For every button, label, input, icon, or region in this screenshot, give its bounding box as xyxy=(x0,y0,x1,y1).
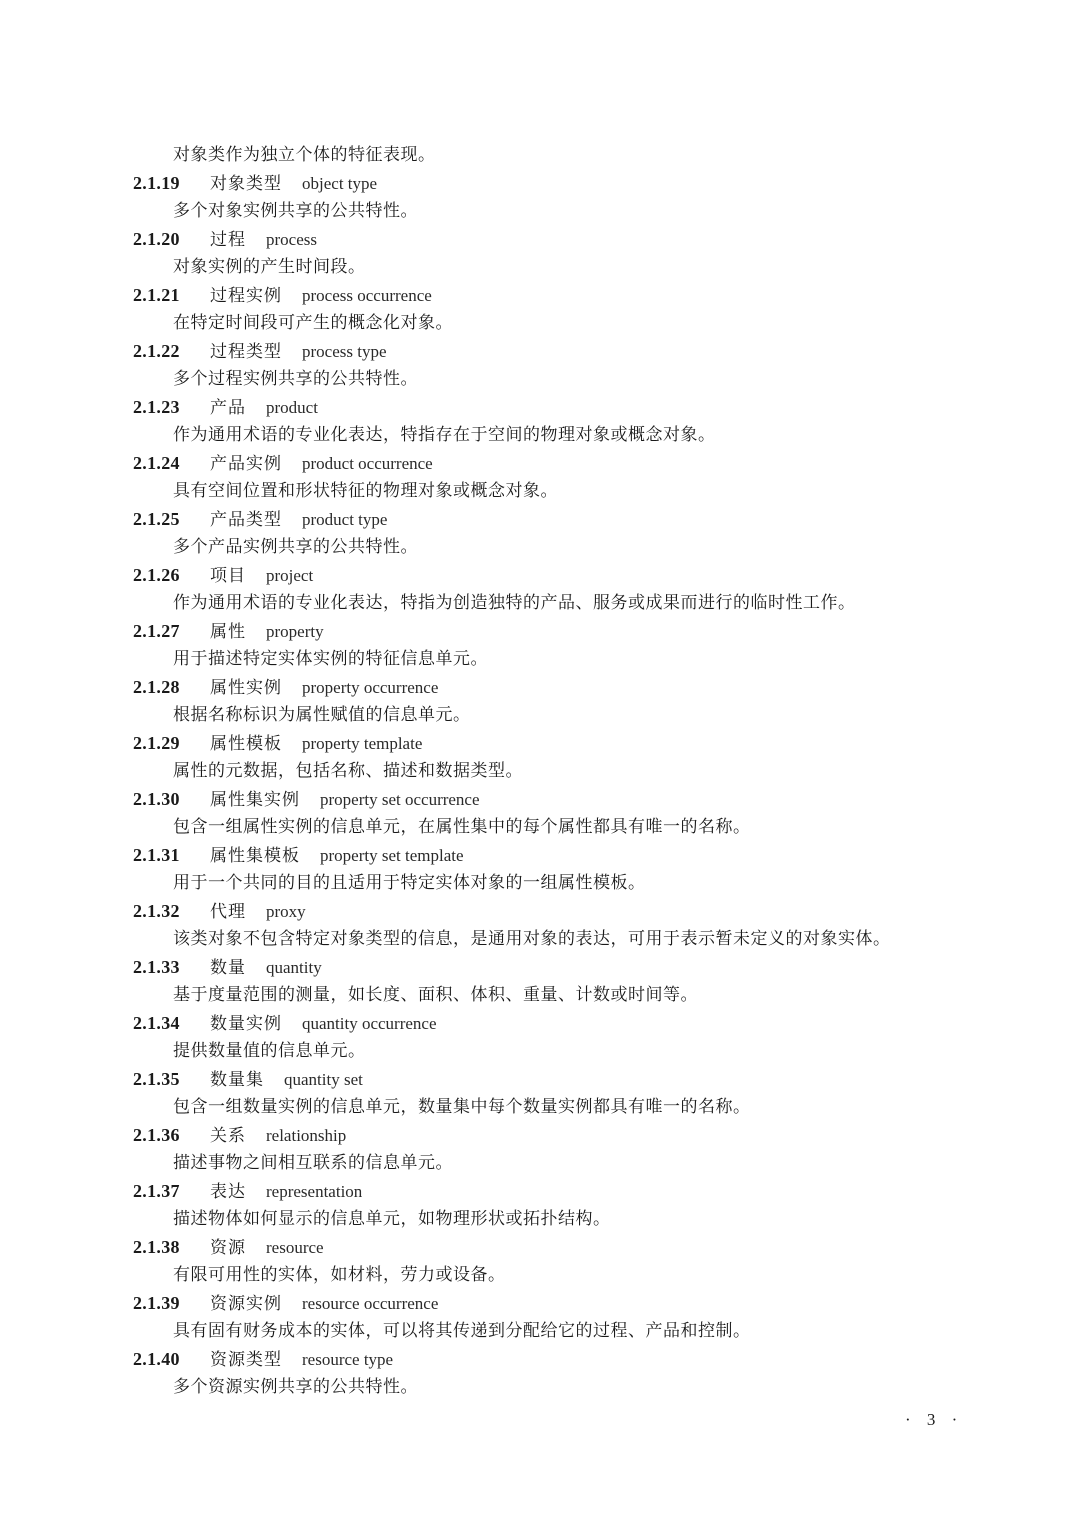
term-number: 2.1.36 xyxy=(133,1121,210,1149)
term-definition: 用于一个共同的目的且适用于特定实体对象的一组属性模板。 xyxy=(133,869,993,897)
term-number: 2.1.39 xyxy=(133,1289,210,1317)
term-english: property set occurrence xyxy=(320,786,480,814)
term-definition: 多个对象实例共享的公共特性。 xyxy=(133,197,993,225)
document-page: 对象类作为独立个体的特征表现。 2.1.19 对象类型 object type … xyxy=(0,0,1080,1517)
term-chinese: 产品实例 xyxy=(210,450,282,478)
term-chinese: 数量 xyxy=(210,954,246,982)
term-heading: 2.1.33 数量 quantity xyxy=(133,953,993,981)
term-english: product type xyxy=(302,506,387,534)
term-heading: 2.1.21 过程实例 process occurrence xyxy=(133,281,993,309)
term-number: 2.1.23 xyxy=(133,393,210,421)
term-entry: 2.1.33 数量 quantity 基于度量范围的测量，如长度、面积、体积、重… xyxy=(133,953,993,1009)
term-english: object type xyxy=(302,170,377,198)
term-chinese: 过程类型 xyxy=(210,338,282,366)
term-chinese: 关系 xyxy=(210,1122,246,1150)
term-definition: 描述物体如何显示的信息单元，如物理形状或拓扑结构。 xyxy=(133,1205,993,1233)
term-definition: 有限可用性的实体，如材料，劳力或设备。 xyxy=(133,1261,993,1289)
term-heading: 2.1.27 属性 property xyxy=(133,617,993,645)
term-english: relationship xyxy=(266,1122,346,1150)
term-entry: 2.1.36 关系 relationship 描述事物之间相互联系的信息单元。 xyxy=(133,1121,993,1177)
term-english: property template xyxy=(302,730,422,758)
term-definition: 提供数量值的信息单元。 xyxy=(133,1037,993,1065)
term-english: resource xyxy=(266,1234,324,1262)
term-heading: 2.1.37 表达 representation xyxy=(133,1177,993,1205)
term-entry: 2.1.25 产品类型 product type 多个产品实例共享的公共特性。 xyxy=(133,505,993,561)
term-heading: 2.1.39 资源实例 resource occurrence xyxy=(133,1289,993,1317)
term-english: proxy xyxy=(266,898,306,926)
term-definition: 描述事物之间相互联系的信息单元。 xyxy=(133,1149,993,1177)
term-definition: 该类对象不包含特定对象类型的信息，是通用对象的表达，可用于表示暂未定义的对象实体… xyxy=(133,925,993,953)
term-number: 2.1.21 xyxy=(133,281,210,309)
term-english: process xyxy=(266,226,317,254)
term-number: 2.1.30 xyxy=(133,785,210,813)
term-number: 2.1.24 xyxy=(133,449,210,477)
term-definition: 用于描述特定实体实例的特征信息单元。 xyxy=(133,645,993,673)
term-number: 2.1.34 xyxy=(133,1009,210,1037)
page-number: · 3 · xyxy=(905,1410,963,1430)
terms-list: 2.1.19 对象类型 object type 多个对象实例共享的公共特性。 2… xyxy=(133,169,993,1401)
term-number: 2.1.31 xyxy=(133,841,210,869)
term-heading: 2.1.40 资源类型 resource type xyxy=(133,1345,993,1373)
term-heading: 2.1.34 数量实例 quantity occurrence xyxy=(133,1009,993,1037)
term-definition: 基于度量范围的测量，如长度、面积、体积、重量、计数或时间等。 xyxy=(133,981,993,1009)
term-definition: 在特定时间段可产生的概念化对象。 xyxy=(133,309,993,337)
term-heading: 2.1.22 过程类型 process type xyxy=(133,337,993,365)
term-entry: 2.1.31 属性集模板 property set template 用于一个共… xyxy=(133,841,993,897)
term-english: resource type xyxy=(302,1346,393,1374)
term-entry: 2.1.39 资源实例 resource occurrence 具有固有财务成本… xyxy=(133,1289,993,1345)
term-definition: 对象实例的产生时间段。 xyxy=(133,253,993,281)
term-number: 2.1.33 xyxy=(133,953,210,981)
term-entry: 2.1.20 过程 process 对象实例的产生时间段。 xyxy=(133,225,993,281)
term-chinese: 过程实例 xyxy=(210,282,282,310)
term-entry: 2.1.24 产品实例 product occurrence 具有空间位置和形状… xyxy=(133,449,993,505)
leading-definition: 对象类作为独立个体的特征表现。 xyxy=(133,141,993,169)
term-entry: 2.1.22 过程类型 process type 多个过程实例共享的公共特性。 xyxy=(133,337,993,393)
term-entry: 2.1.26 项目 project 作为通用术语的专业化表达，特指为创造独特的产… xyxy=(133,561,993,617)
term-number: 2.1.19 xyxy=(133,169,210,197)
term-definition: 作为通用术语的专业化表达，特指为创造独特的产品、服务或成果而进行的临时性工作。 xyxy=(133,589,993,617)
term-heading: 2.1.30 属性集实例 property set occurrence xyxy=(133,785,993,813)
term-english: process occurrence xyxy=(302,282,432,310)
term-entry: 2.1.35 数量集 quantity set 包含一组数量实例的信息单元，数量… xyxy=(133,1065,993,1121)
term-entry: 2.1.29 属性模板 property template 属性的元数据，包括名… xyxy=(133,729,993,785)
term-entry: 2.1.34 数量实例 quantity occurrence 提供数量值的信息… xyxy=(133,1009,993,1065)
term-number: 2.1.40 xyxy=(133,1345,210,1373)
term-heading: 2.1.26 项目 project xyxy=(133,561,993,589)
term-chinese: 数量实例 xyxy=(210,1010,282,1038)
term-definition: 根据名称标识为属性赋值的信息单元。 xyxy=(133,701,993,729)
term-english: quantity set xyxy=(284,1066,363,1094)
term-heading: 2.1.25 产品类型 product type xyxy=(133,505,993,533)
term-heading: 2.1.20 过程 process xyxy=(133,225,993,253)
term-chinese: 对象类型 xyxy=(210,170,282,198)
term-number: 2.1.35 xyxy=(133,1065,210,1093)
term-entry: 2.1.21 过程实例 process occurrence 在特定时间段可产生… xyxy=(133,281,993,337)
term-definition: 包含一组数量实例的信息单元，数量集中每个数量实例都具有唯一的名称。 xyxy=(133,1093,993,1121)
term-chinese: 过程 xyxy=(210,226,246,254)
term-definition: 多个过程实例共享的公共特性。 xyxy=(133,365,993,393)
term-chinese: 属性模板 xyxy=(210,730,282,758)
term-english: project xyxy=(266,562,313,590)
term-heading: 2.1.32 代理 proxy xyxy=(133,897,993,925)
term-entry: 2.1.30 属性集实例 property set occurrence 包含一… xyxy=(133,785,993,841)
term-number: 2.1.32 xyxy=(133,897,210,925)
term-number: 2.1.29 xyxy=(133,729,210,757)
term-heading: 2.1.28 属性实例 property occurrence xyxy=(133,673,993,701)
term-heading: 2.1.36 关系 relationship xyxy=(133,1121,993,1149)
term-number: 2.1.20 xyxy=(133,225,210,253)
term-entry: 2.1.38 资源 resource 有限可用性的实体，如材料，劳力或设备。 xyxy=(133,1233,993,1289)
term-chinese: 代理 xyxy=(210,898,246,926)
term-number: 2.1.28 xyxy=(133,673,210,701)
term-entry: 2.1.19 对象类型 object type 多个对象实例共享的公共特性。 xyxy=(133,169,993,225)
term-english: product xyxy=(266,394,318,422)
term-english: property set template xyxy=(320,842,464,870)
term-number: 2.1.37 xyxy=(133,1177,210,1205)
term-chinese: 表达 xyxy=(210,1178,246,1206)
term-number: 2.1.25 xyxy=(133,505,210,533)
term-definition: 具有固有财务成本的实体，可以将其传递到分配给它的过程、产品和控制。 xyxy=(133,1317,993,1345)
term-heading: 2.1.23 产品 product xyxy=(133,393,993,421)
term-heading: 2.1.24 产品实例 product occurrence xyxy=(133,449,993,477)
term-english: quantity xyxy=(266,954,322,982)
term-heading: 2.1.19 对象类型 object type xyxy=(133,169,993,197)
term-chinese: 项目 xyxy=(210,562,246,590)
term-entry: 2.1.23 产品 product 作为通用术语的专业化表达，特指存在于空间的物… xyxy=(133,393,993,449)
term-definition: 属性的元数据，包括名称、描述和数据类型。 xyxy=(133,757,993,785)
term-english: quantity occurrence xyxy=(302,1010,437,1038)
term-english: property xyxy=(266,618,324,646)
term-chinese: 资源实例 xyxy=(210,1290,282,1318)
term-english: representation xyxy=(266,1178,362,1206)
term-entry: 2.1.40 资源类型 resource type 多个资源实例共享的公共特性。 xyxy=(133,1345,993,1401)
term-entry: 2.1.27 属性 property 用于描述特定实体实例的特征信息单元。 xyxy=(133,617,993,673)
term-chinese: 资源 xyxy=(210,1234,246,1262)
term-number: 2.1.38 xyxy=(133,1233,210,1261)
term-number: 2.1.22 xyxy=(133,337,210,365)
term-entry: 2.1.37 表达 representation 描述物体如何显示的信息单元，如… xyxy=(133,1177,993,1233)
term-definition: 作为通用术语的专业化表达，特指存在于空间的物理对象或概念对象。 xyxy=(133,421,993,449)
term-definition: 具有空间位置和形状特征的物理对象或概念对象。 xyxy=(133,477,993,505)
term-chinese: 数量集 xyxy=(210,1066,264,1094)
term-chinese: 属性实例 xyxy=(210,674,282,702)
term-chinese: 产品类型 xyxy=(210,506,282,534)
term-heading: 2.1.31 属性集模板 property set template xyxy=(133,841,993,869)
term-definition: 包含一组属性实例的信息单元，在属性集中的每个属性都具有唯一的名称。 xyxy=(133,813,993,841)
term-heading: 2.1.29 属性模板 property template xyxy=(133,729,993,757)
term-heading: 2.1.38 资源 resource xyxy=(133,1233,993,1261)
term-english: product occurrence xyxy=(302,450,433,478)
term-chinese: 产品 xyxy=(210,394,246,422)
term-definition: 多个产品实例共享的公共特性。 xyxy=(133,533,993,561)
term-english: resource occurrence xyxy=(302,1290,438,1318)
term-heading: 2.1.35 数量集 quantity set xyxy=(133,1065,993,1093)
term-number: 2.1.27 xyxy=(133,617,210,645)
terms-section: 对象类作为独立个体的特征表现。 2.1.19 对象类型 object type … xyxy=(133,141,993,1401)
term-chinese: 属性集模板 xyxy=(210,842,300,870)
term-english: property occurrence xyxy=(302,674,438,702)
term-english: process type xyxy=(302,338,387,366)
term-chinese: 属性集实例 xyxy=(210,786,300,814)
term-chinese: 资源类型 xyxy=(210,1346,282,1374)
term-entry: 2.1.28 属性实例 property occurrence 根据名称标识为属… xyxy=(133,673,993,729)
term-number: 2.1.26 xyxy=(133,561,210,589)
term-entry: 2.1.32 代理 proxy 该类对象不包含特定对象类型的信息，是通用对象的表… xyxy=(133,897,993,953)
term-definition: 多个资源实例共享的公共特性。 xyxy=(133,1373,993,1401)
term-chinese: 属性 xyxy=(210,618,246,646)
